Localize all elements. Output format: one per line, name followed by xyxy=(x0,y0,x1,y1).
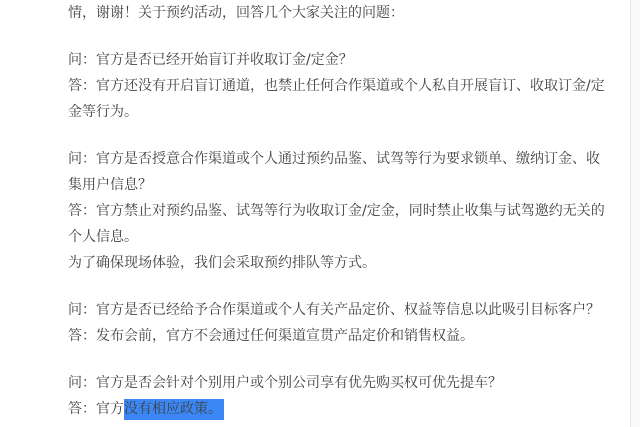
paragraph-block: 情，谢谢！关于预约活动，回答几个大家关注的问题： xyxy=(68,0,614,26)
answer-line: 个人信息。 xyxy=(68,224,614,250)
answer-line: 答：发布会前，官方不会通过任何渠道宣贯产品定价和销售权益。 xyxy=(68,323,614,349)
question-line: 集用户信息？ xyxy=(68,172,614,198)
question-line: 问：官方是否会针对个别用户或个别公司享有优先购买权可优先提车？ xyxy=(68,370,614,396)
answer-line: 答：官方还没有开启盲订通道，也禁止任何合作渠道或个人私自开展盲订、收取订金/定 xyxy=(68,73,614,99)
qa-block: 问：官方是否授意合作渠道或个人通过预约品鉴、试驾等行为要求锁单、缴纳订金、收 集… xyxy=(68,146,614,276)
qa-block: 问：官方是否已经开始盲订并收取订金/定金？ 答：官方还没有开启盲订通道，也禁止任… xyxy=(68,47,614,125)
question-line: 问：官方是否已经开始盲订并收取订金/定金？ xyxy=(68,47,614,73)
article-page: 情，谢谢！关于预约活动，回答几个大家关注的问题： 问：官方是否已经开始盲订并收取… xyxy=(0,0,640,427)
answer-line: 金等行为。 xyxy=(68,99,614,125)
selected-text-highlight: 没有相应政策。 xyxy=(124,399,224,420)
text-line: 情，谢谢！关于预约活动，回答几个大家关注的问题： xyxy=(68,0,614,26)
answer-line: 为了确保现场体验，我们会采取预约排队等方式。 xyxy=(68,250,614,276)
question-line: 问：官方是否授意合作渠道或个人通过预约品鉴、试驾等行为要求锁单、缴纳订金、收 xyxy=(68,146,614,172)
page-right-gutter xyxy=(630,0,640,427)
article-body: 情，谢谢！关于预约活动，回答几个大家关注的问题： 问：官方是否已经开始盲订并收取… xyxy=(68,0,614,422)
question-line: 问：官方是否已经给予合作渠道或个人有关产品定价、权益等信息以此吸引目标客户？ xyxy=(68,297,614,323)
answer-prefix: 答：官方 xyxy=(68,401,124,417)
answer-line: 答：官方没有相应政策。 xyxy=(68,396,614,422)
qa-block: 问：官方是否会针对个别用户或个别公司享有优先购买权可优先提车？ 答：官方没有相应… xyxy=(68,370,614,422)
qa-block: 问：官方是否已经给予合作渠道或个人有关产品定价、权益等信息以此吸引目标客户？ 答… xyxy=(68,297,614,349)
answer-line: 答：官方禁止对预约品鉴、试驾等行为收取订金/定金，同时禁止收集与试驾邀约无关的 xyxy=(68,198,614,224)
